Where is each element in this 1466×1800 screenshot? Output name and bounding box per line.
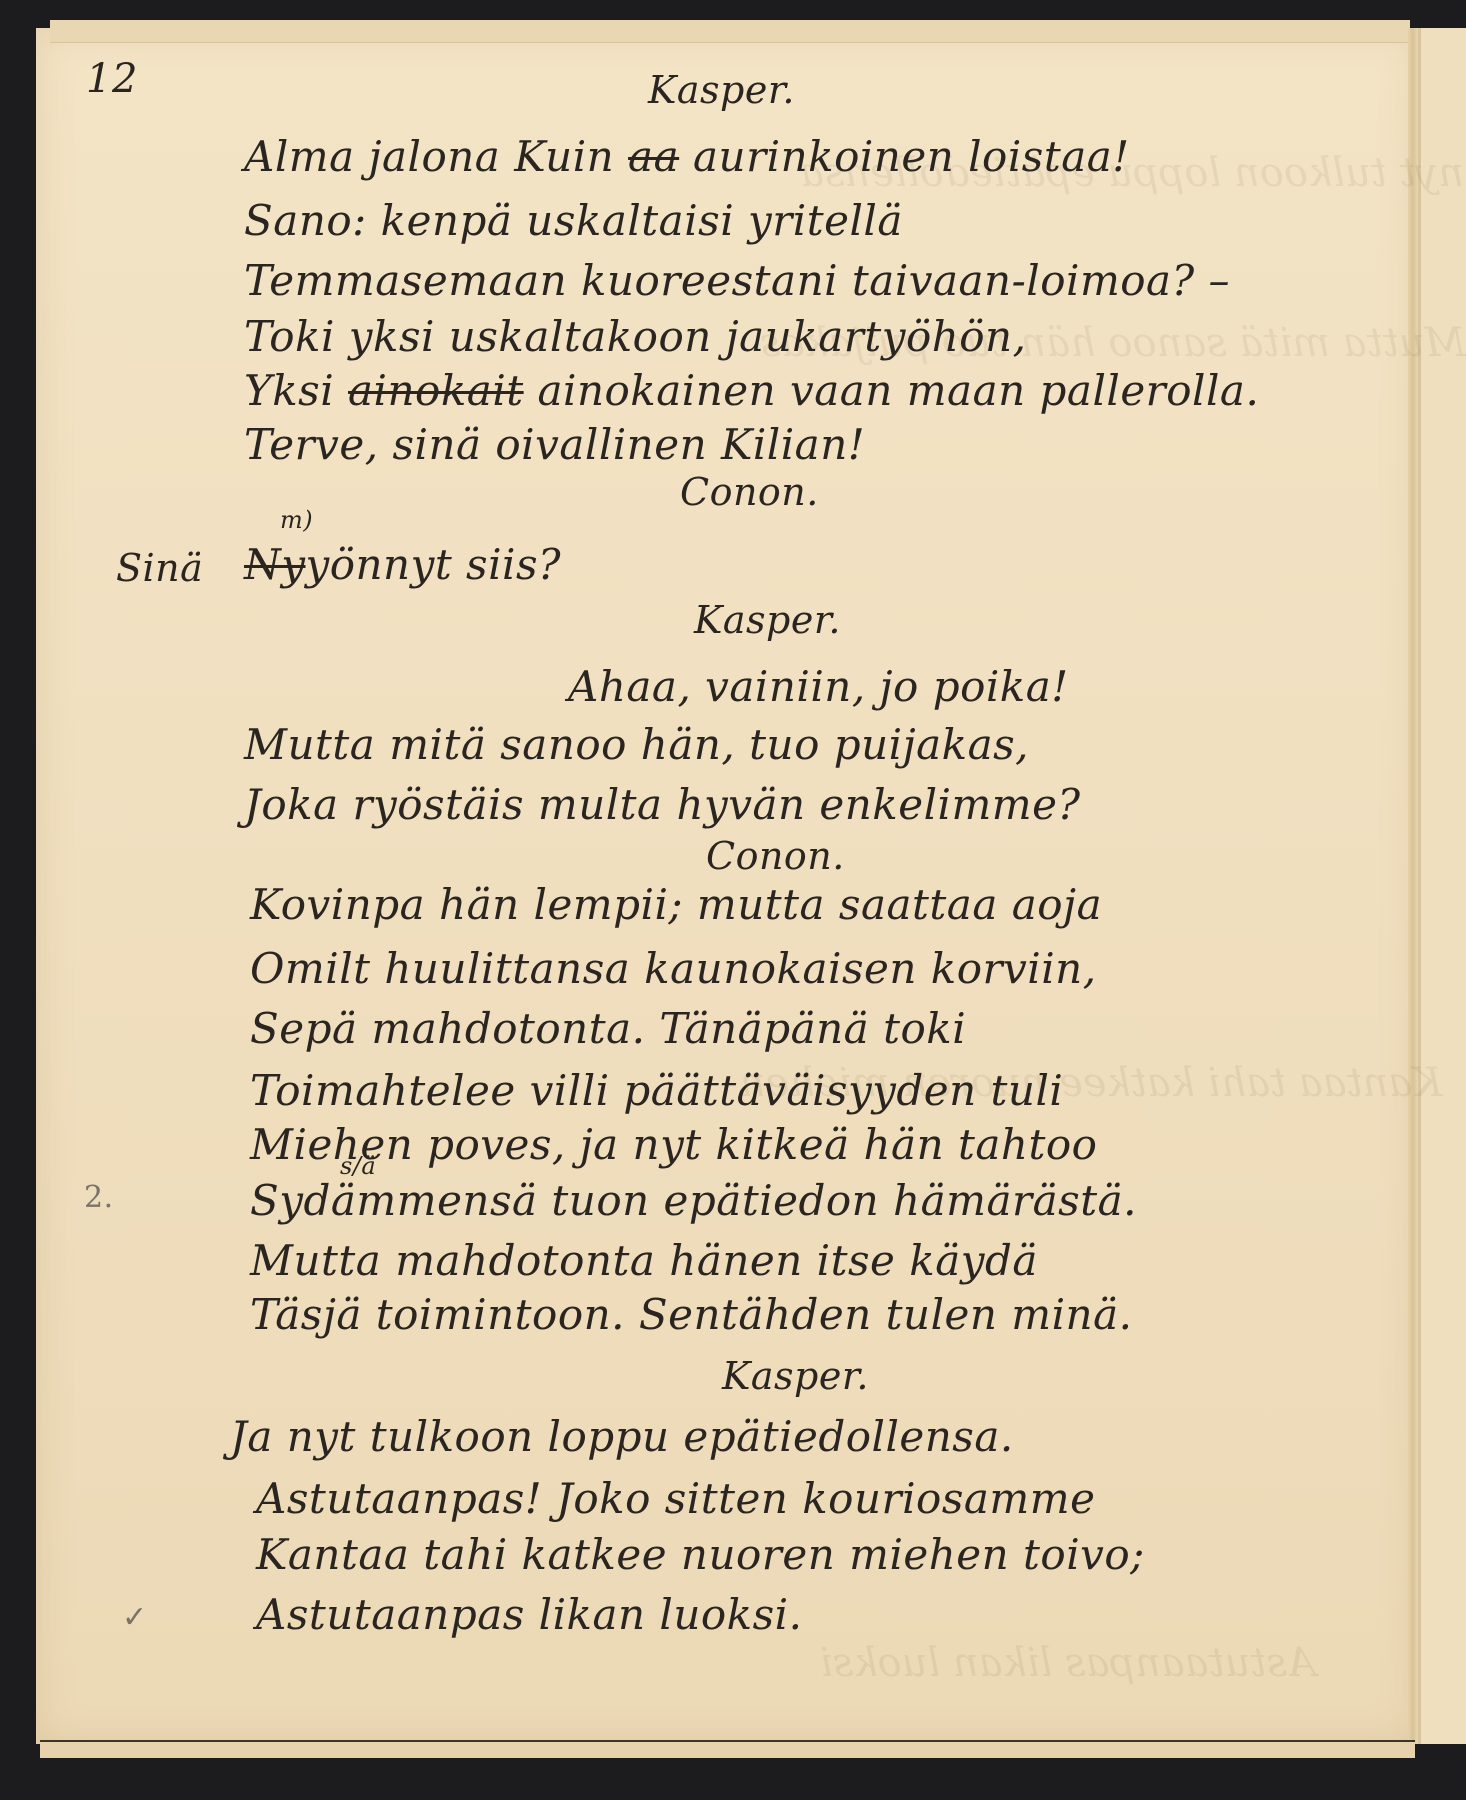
verse-line: Astutaanpas likan luoksi. bbox=[256, 1590, 802, 1639]
interlinear-insertion: m) bbox=[280, 506, 313, 534]
book-gutter bbox=[1408, 28, 1418, 1744]
verse-line: Temmasemaan kuoreestani taivaan-loimoa? … bbox=[244, 256, 1230, 305]
verse-line: Sydämmensä tuon epätiedon hämärästä. bbox=[250, 1176, 1137, 1225]
text-segment: ainokainen vaan maan pallerolla. bbox=[524, 366, 1260, 415]
struck-text: Ny bbox=[244, 540, 305, 589]
text-segment: Alma jalona Kuin bbox=[244, 132, 628, 181]
pencil-margin-mark: 2. bbox=[84, 1180, 114, 1215]
page-bottom-edge bbox=[40, 1740, 1415, 1758]
pencil-check-icon: ✓ bbox=[122, 1600, 148, 1635]
verse-line: Täsjä toimintoon. Sentähden tulen minä. bbox=[250, 1290, 1132, 1339]
verse-line: Mutta mahdotonta hänen itse käydä bbox=[250, 1236, 1038, 1285]
verse-line: Kantaa tahi katkee nuoren miehen toivo; bbox=[256, 1530, 1145, 1579]
facing-page-edge bbox=[1418, 28, 1466, 1744]
verse-line: Joka ryöstäis multa hyvän enkelimme? bbox=[244, 780, 1081, 829]
struck-text: ainokait bbox=[348, 366, 524, 415]
text-segment: Yksi bbox=[244, 366, 348, 415]
verse-line: Alma jalona Kuin aa aurinkoinen loistaa! bbox=[244, 132, 1130, 181]
struck-text: aa bbox=[628, 132, 679, 181]
verse-line: Nyyönnyt siis? bbox=[244, 540, 561, 589]
speaker-name: Kasper. bbox=[722, 1354, 869, 1398]
verse-line: Terve, sinä oivallinen Kilian! bbox=[244, 420, 865, 469]
verse-line: Sepä mahdotonta. Tänäpänä toki bbox=[250, 1004, 966, 1053]
verse-line: Yksi ainokait ainokainen vaan maan palle… bbox=[244, 366, 1259, 415]
page-top-edge bbox=[50, 20, 1410, 43]
speaker-name: Conon. bbox=[680, 470, 819, 514]
speaker-name: Kasper. bbox=[694, 598, 841, 642]
speaker-name: Conon. bbox=[706, 834, 845, 878]
verse-line: Astutaanpas! Joko sitten kouriosamme bbox=[256, 1474, 1095, 1523]
verse-line: Sano: kenpä uskaltaisi yritellä bbox=[244, 196, 903, 245]
verse-line: Mutta mitä sanoo hän, tuo puijakas, bbox=[244, 720, 1029, 769]
speaker-name: Kasper. bbox=[648, 68, 795, 112]
verse-line: Kovinpa hän lempii; mutta saattaa aoja bbox=[250, 880, 1102, 929]
verse-line: Ahaa, vainiin, jo poika! bbox=[568, 662, 1069, 711]
verse-line: Omilt huulittansa kaunokaisen korviin, bbox=[250, 944, 1097, 993]
verse-line: Toki yksi uskaltakoon jaukartyöhön, bbox=[244, 312, 1026, 361]
text-segment: aurinkoinen loistaa! bbox=[679, 132, 1130, 181]
verse-line: Toimahtelee villi päättäväisyyden tuli bbox=[250, 1066, 1063, 1115]
verse-line: Miehen poves, ja nyt kitkeä hän tahtoo bbox=[250, 1120, 1097, 1169]
bleed-through-text: Astutaanpas likan luoksi bbox=[820, 1640, 1316, 1686]
text-segment: yönnyt siis? bbox=[305, 540, 561, 589]
margin-insertion: Sinä bbox=[116, 546, 203, 590]
verse-line: Ja nyt tulkoon loppu epätiedollensa. bbox=[230, 1412, 1014, 1461]
page-number: 12 bbox=[86, 56, 138, 102]
